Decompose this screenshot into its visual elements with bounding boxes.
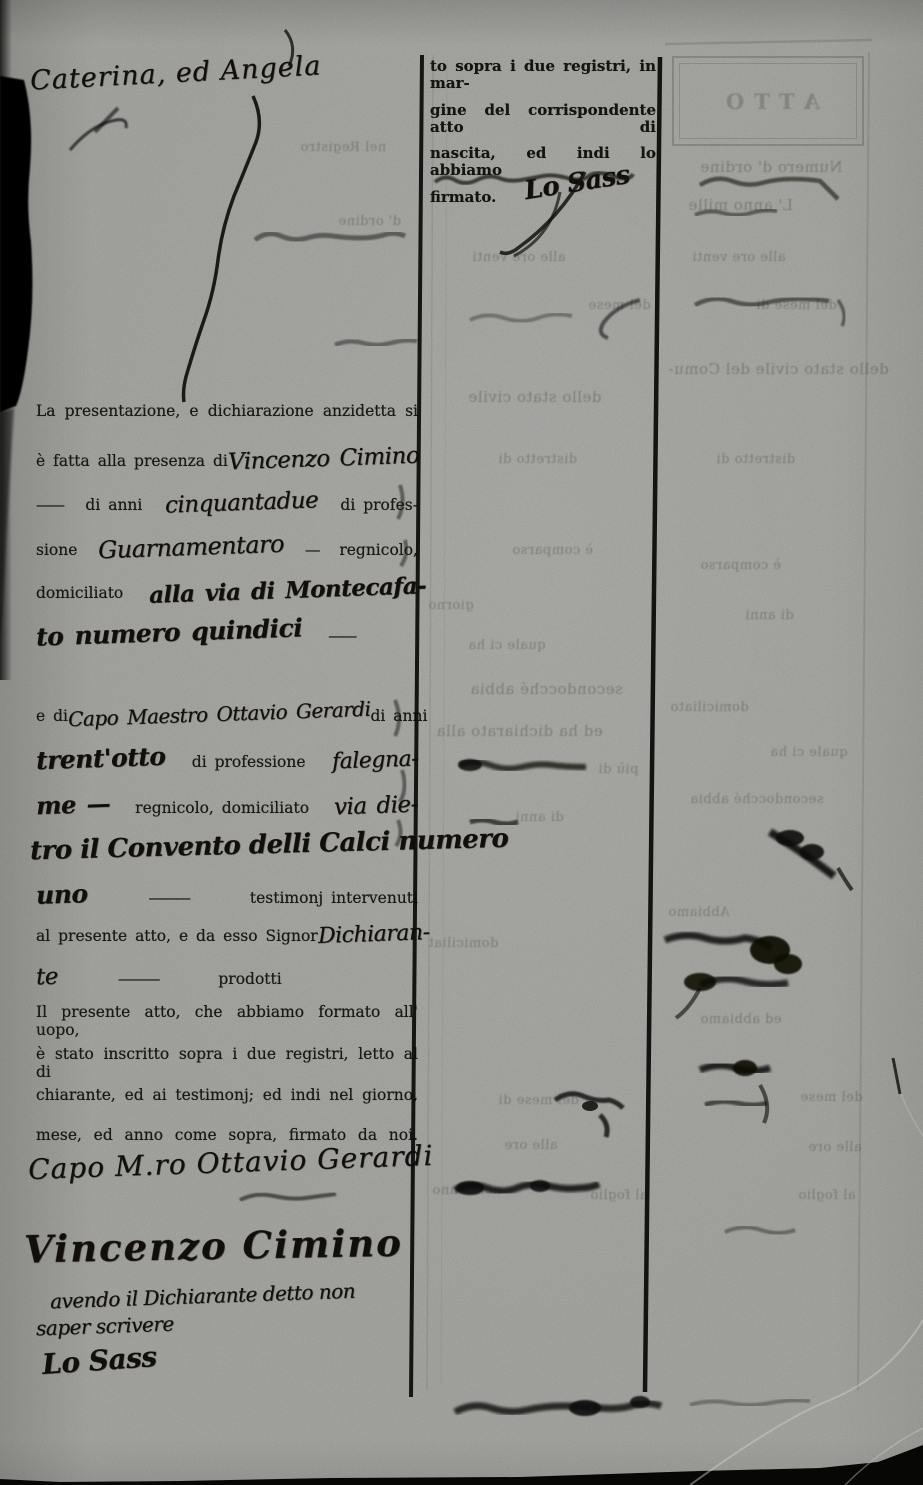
bleedthrough-fragment: distretto di <box>716 452 795 467</box>
ink-blot <box>630 1396 650 1408</box>
handwritten-name: Vincenzo Cimino <box>227 443 419 476</box>
bottom-shadow <box>0 1445 923 1485</box>
bleedthrough-fragment: è comparso <box>700 558 781 573</box>
ink-squiggle <box>700 1065 770 1071</box>
bleedthrough-header-rule <box>665 40 872 44</box>
bleedthrough-fragment: al foglio <box>798 1188 856 1203</box>
printed-dash: ——— <box>148 889 189 907</box>
binding-streak <box>0 0 12 680</box>
printed-line: chiarante, ed ai testimonj; ed indi nel … <box>36 1087 418 1105</box>
printed-segment: e di <box>36 707 68 725</box>
ink-blot <box>774 954 802 974</box>
bleedthrough-fragment: Numero d' ordine <box>700 158 843 176</box>
printed-line: Il presente atto, che abbiamo formato al… <box>36 1004 418 1040</box>
printed-segment: al presente atto, e da esso Signor <box>36 927 318 945</box>
mixed-line: uno ——— testimonj intervenuti <box>36 880 418 909</box>
bleedthrough-fragment: è comparso <box>512 543 593 558</box>
bleedthrough-fragment: distretto di <box>498 452 577 467</box>
center-printed-line: to sopra i due registri, in mar- <box>430 58 656 91</box>
ink-squiggle <box>770 832 834 876</box>
mixed-line: trent'otto di professione falegna- <box>36 744 418 773</box>
mixed-line: e di Capo Maestro Ottavio Gerardi di ann… <box>36 702 418 726</box>
printed-line: La presentazione, e dichiarazione anzide… <box>36 403 418 421</box>
bleedthrough-fragment: quale ci ha <box>770 745 848 760</box>
mixed-line: domiciliato alla via di Montecafa- <box>36 577 418 604</box>
bleedthrough-fragment: nel Registro <box>300 140 386 155</box>
printed-dash: — <box>305 541 319 559</box>
ink-blot <box>733 1060 757 1076</box>
ink-squiggle <box>665 935 771 948</box>
bleedthrough-fragment: dello stato civile <box>468 388 602 406</box>
bleedthrough-fragment: secondocché abbia <box>470 680 623 698</box>
bleedthrough-fragment: alle ore venti <box>692 250 786 265</box>
mixed-line: te ——— prodotti <box>36 964 418 990</box>
printed-dash: —— <box>36 496 63 514</box>
handwritten-segment: te <box>36 964 59 991</box>
mixed-line: me — regnicolo, domiciliato via die- <box>36 790 418 819</box>
ink-blot <box>582 1101 598 1111</box>
mixed-line: è fatta alla presenza di Vincenzo Cimino <box>36 446 418 472</box>
printed-segment: di anni <box>370 707 427 725</box>
bleedthrough-fragment: dello stato civile del Comu- <box>668 360 889 378</box>
ink-blot <box>800 844 824 860</box>
ink-squiggle <box>893 1058 900 1094</box>
ink-blot <box>530 1180 550 1192</box>
binding-streak-lower <box>0 408 14 640</box>
illiteracy-note-line: saper scrivere <box>36 1312 174 1341</box>
bleedthrough-header-box-inner: ATTO <box>679 63 857 139</box>
bleedthrough-fragment: ed abbiamo <box>700 1012 782 1027</box>
ink-squiggle <box>705 1101 767 1105</box>
ink-squiggle <box>838 868 852 890</box>
printed-line: è stato inscritto sopra i due registri, … <box>36 1046 418 1082</box>
officer-signature: Lo Sass <box>41 1340 158 1381</box>
column-rule-left <box>411 55 422 1397</box>
crease-line <box>893 1060 923 1180</box>
illiteracy-note-line: avendo il Dichiarante detto non <box>50 1279 356 1314</box>
mixed-line: —— di anni cinquantadue di profes- <box>36 490 418 516</box>
ink-blot <box>684 973 716 991</box>
bleedthrough-fragment: alle ore <box>808 1140 862 1155</box>
signature-cimino: Vincenzo Cimino <box>24 1221 404 1272</box>
printed-segment: testimonj intervenuti <box>250 889 418 907</box>
handwritten-profession: falegna- <box>331 747 418 775</box>
handwritten-name: Capo Maestro Ottavio Gerardi <box>68 697 371 732</box>
handwritten-address: tro il Convento delli Calci numero <box>30 824 509 867</box>
signature-gerardi: Capo M.ro Ottavio Gerardi <box>28 1139 434 1186</box>
crease-line <box>845 1428 923 1485</box>
handwritten-address: alla via di Montecafa- <box>149 572 427 609</box>
bleedthrough-fragment: giorno <box>428 598 474 613</box>
bleedthrough-fragment: del mese <box>800 1090 863 1105</box>
printed-segment: è fatta alla presenza di <box>36 452 228 470</box>
bleedthrough-header-box: ATTO <box>672 56 864 146</box>
bleedthrough-fragment: del mese di <box>756 298 837 313</box>
bleedthrough-fragment: più di <box>598 762 638 777</box>
ink-squiggle <box>455 1403 661 1412</box>
bleedthrough-fragment: alle ore <box>504 1138 558 1153</box>
bleedthrough-fragment: L' anno mille <box>688 196 793 214</box>
bleedthrough-fragment: d' ordine <box>338 214 401 229</box>
printed-segment: regnicolo, domiciliato <box>135 799 309 817</box>
ink-squiggle <box>838 300 844 326</box>
bleedthrough-fragment: di anni <box>515 810 564 825</box>
mixed-line: to numero quindici —— <box>36 618 418 647</box>
mixed-line: al presente atto, e da esso Signor Dichi… <box>36 922 418 947</box>
handwritten-age: trent'otto <box>36 742 166 776</box>
ink-squiggle <box>240 1194 336 1200</box>
ink-squiggle <box>460 762 586 769</box>
handwritten-age: cinquantadue <box>164 487 318 518</box>
ink-squiggle <box>690 1400 810 1405</box>
printed-segment: prodotti <box>218 970 281 988</box>
printed-segment: di anni <box>85 496 142 514</box>
printed-segment: di professione <box>192 753 306 771</box>
bleedthrough-fragment: del mese di <box>498 1093 579 1108</box>
crease-line <box>690 1320 923 1485</box>
bleedthrough-fragment: quale ci ha <box>468 638 546 653</box>
handwritten-segment: Dichiaran- <box>317 920 429 949</box>
ink-blot <box>569 1400 601 1416</box>
ink-squiggle <box>335 340 417 345</box>
handwritten-address: via die- <box>334 792 419 821</box>
handwritten-address: to numero quindici <box>36 613 303 651</box>
handwritten-segment: me — <box>36 789 111 821</box>
printed-segment: sione <box>36 541 77 559</box>
bleedthrough-fragment: secondocché abbia <box>690 792 824 807</box>
bleedthrough-margin-rule <box>858 52 869 1390</box>
printed-segment: domiciliato <box>36 584 123 602</box>
bleedthrough-fragment: Abbiamo <box>668 905 730 920</box>
ink-squiggle <box>760 1085 767 1123</box>
printed-dash: —— <box>328 627 355 645</box>
ink-squiggle <box>725 1227 795 1233</box>
center-printed-line: gine del corrispondente atto di <box>430 102 656 135</box>
ink-squiggle <box>676 988 700 1018</box>
ink-squiggle <box>470 314 572 321</box>
printed-dash: ——— <box>118 970 159 988</box>
ink-blot <box>750 936 790 964</box>
ink-blot <box>458 759 482 771</box>
handwritten-segment: uno <box>36 879 89 910</box>
bleedthrough-fragment: ed ha dichiarato alla <box>436 722 603 740</box>
handwritten-profession: Guarnamentaro <box>98 530 285 564</box>
scanned-register-page: ATTO nel Registro d' ordine alle ore ven… <box>0 0 923 1485</box>
bleedthrough-fragment: nell' anno <box>432 1183 501 1198</box>
mixed-line: sione Guarnamentaro — regnicolo, <box>36 533 418 561</box>
bleedthrough-fragment: alle ore venti <box>472 250 566 265</box>
ink-blot <box>776 830 804 846</box>
ink-squiggle <box>255 233 405 240</box>
pen-flourish <box>70 120 126 150</box>
bleedthrough-fragment: al foglio <box>590 1188 648 1203</box>
binding-blob <box>0 76 32 412</box>
printed-segment: regnicolo, <box>339 541 418 559</box>
ink-squiggle <box>700 979 788 985</box>
pen-flourish-long <box>184 96 260 402</box>
printed-segment: di profes- <box>340 496 418 514</box>
bleedthrough-header-text: ATTO <box>716 89 820 114</box>
bleedthrough-fragment: domiciliat <box>428 936 498 951</box>
pen-flourish <box>95 108 118 132</box>
bleedthrough-fragment: di anni <box>745 608 794 623</box>
margin-names-annotation: Caterina, ed Angela <box>29 50 322 96</box>
bleedthrough-fragment: domiciliato <box>670 700 749 715</box>
bleedthrough-fragment: del mese <box>588 298 651 313</box>
